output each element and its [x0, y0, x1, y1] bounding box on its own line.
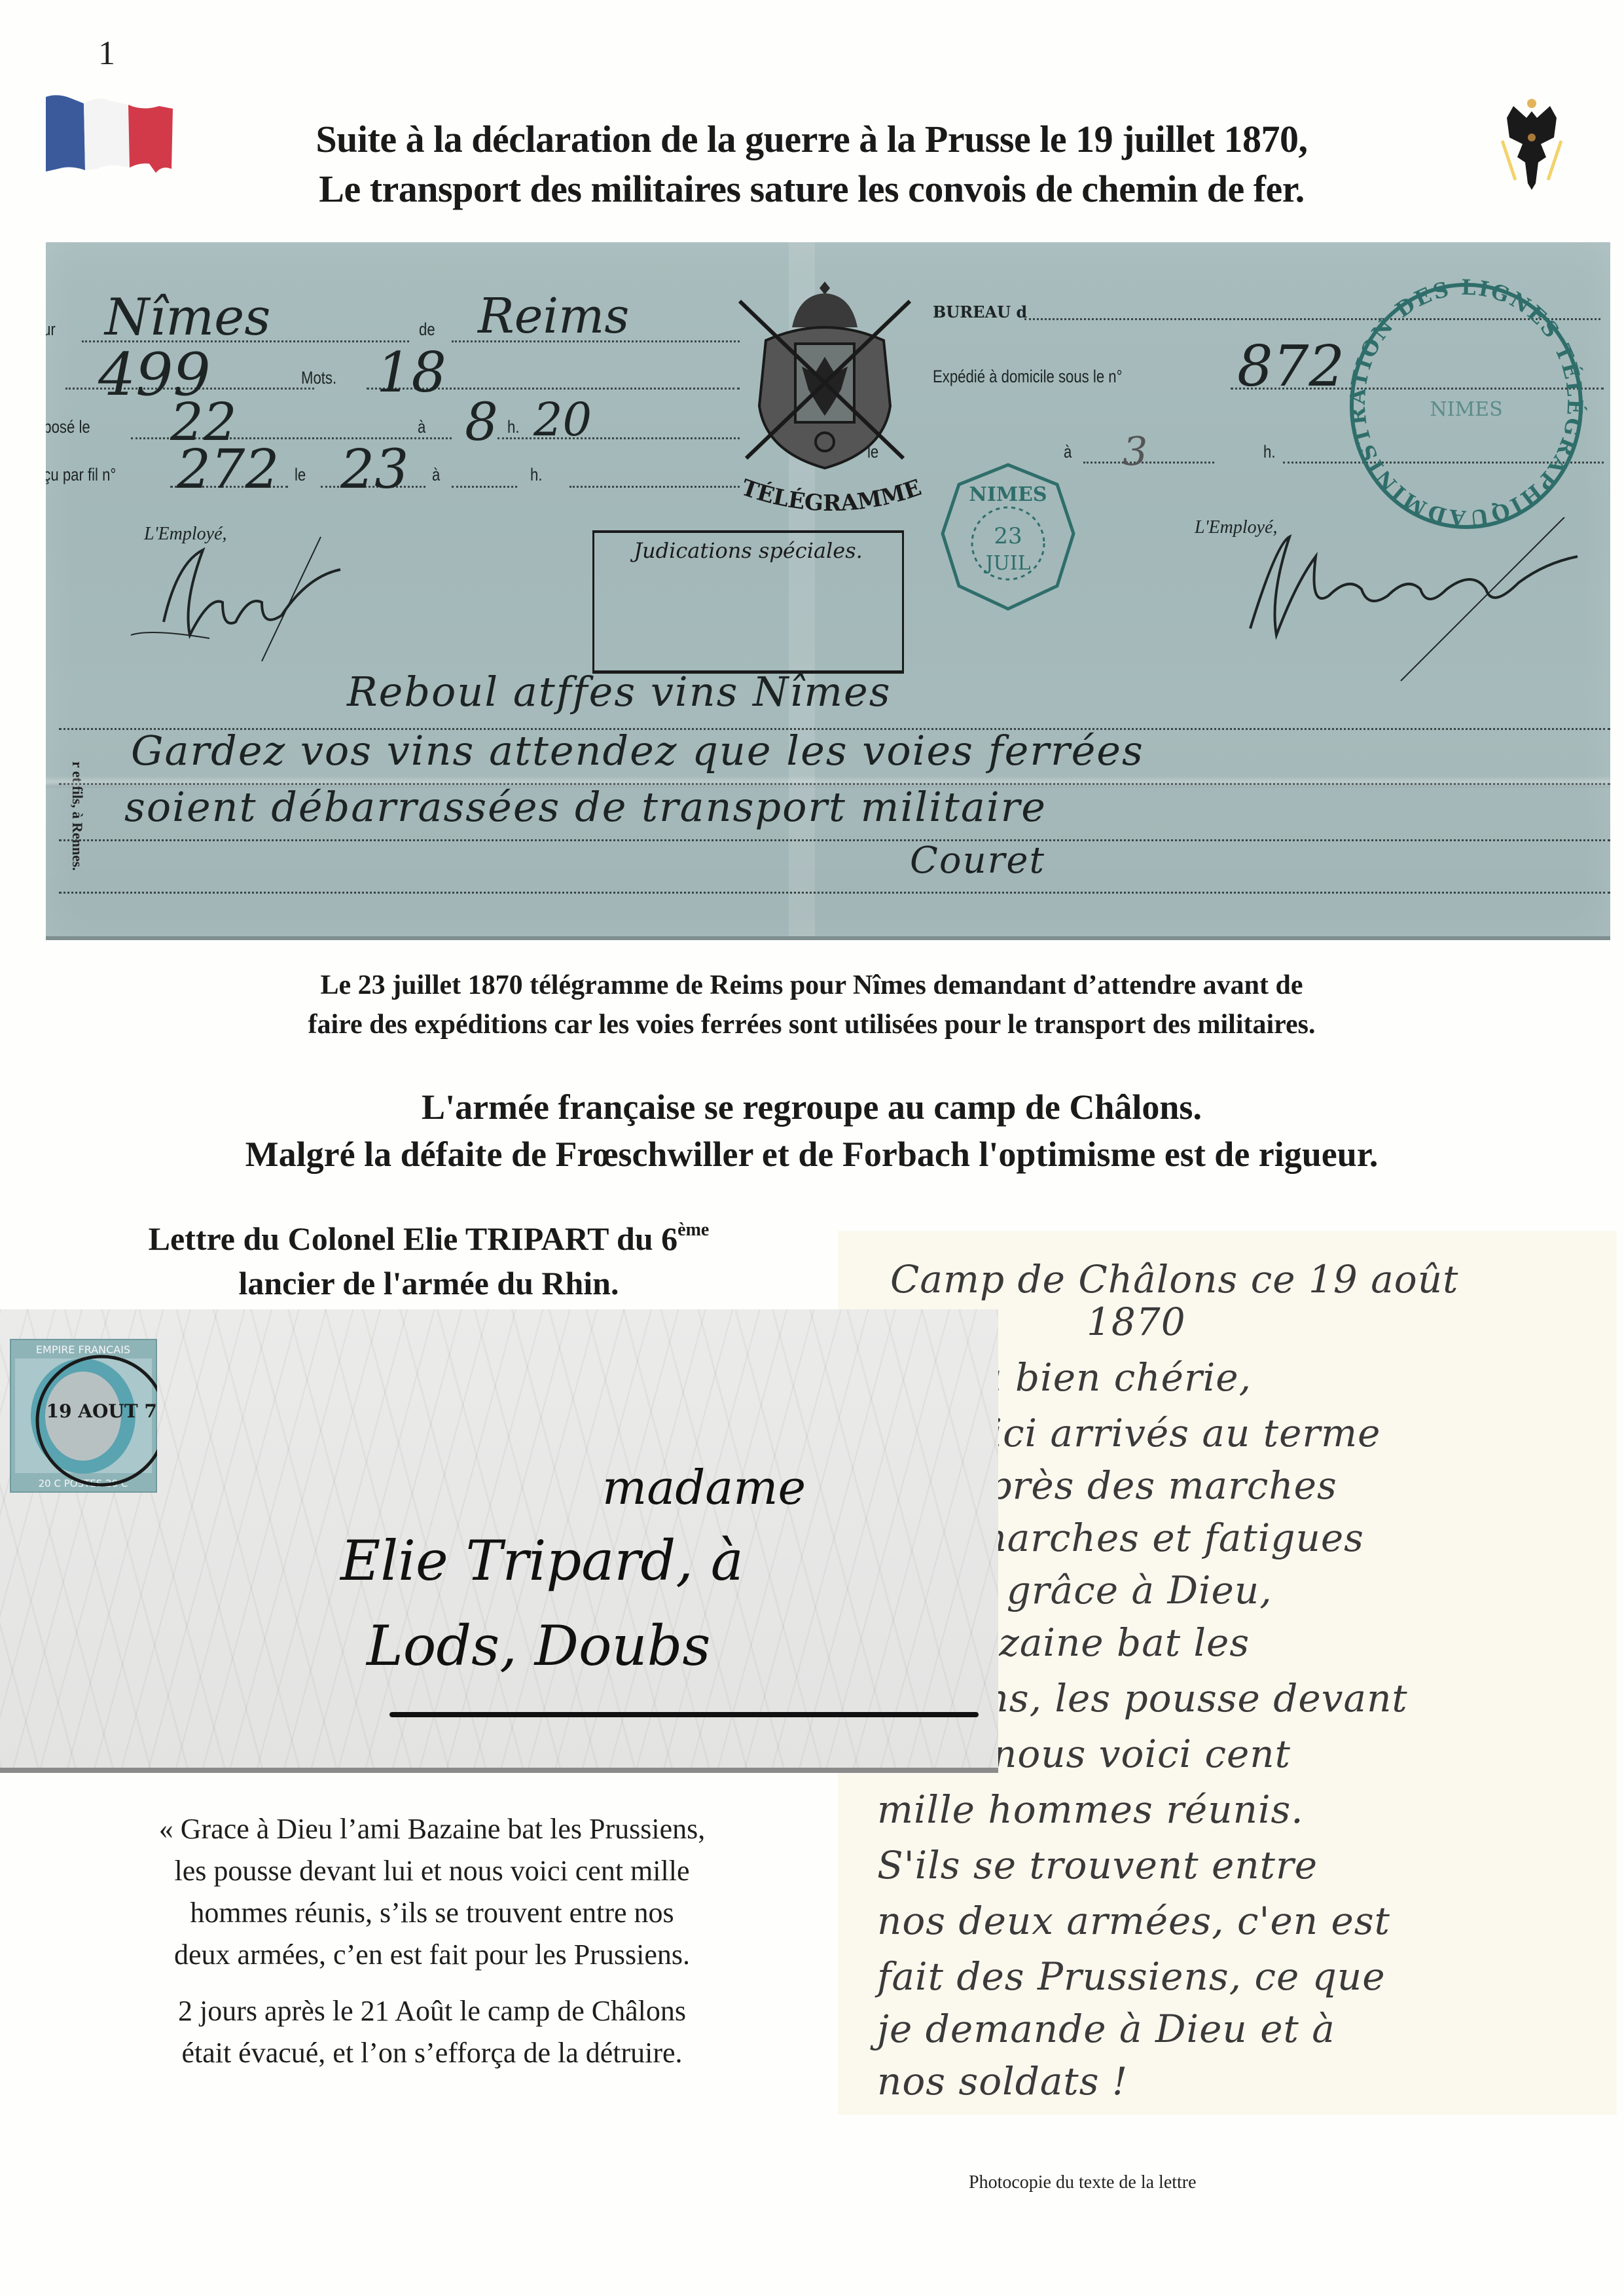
label-expedie: Expédié à domicile sous le n°	[933, 367, 1122, 387]
message-line-3: soient débarrassées de transport militai…	[124, 783, 1047, 831]
svg-text:19 AOUT 70: 19 AOUT 70	[46, 1400, 157, 1422]
label-h-right: h.	[1263, 442, 1275, 462]
page-title-line-2: Le transport des militaires sature les c…	[196, 164, 1427, 214]
telegram-form: r et fils, à Rennes. Pour Nîmes de Reims…	[46, 242, 1610, 936]
page-title: Suite à la déclaration de la guerre à la…	[196, 115, 1427, 214]
svg-text:EMPIRE FRANCAIS: EMPIRE FRANCAIS	[36, 1343, 130, 1356]
letter-title: Lettre du Colonel Elie TRIPART du 6ème l…	[26, 1208, 831, 1305]
quote-line-3: hommes réunis, s’ils se trouvent entre n…	[39, 1892, 825, 1934]
value-mots: 18	[376, 340, 446, 405]
letter-quote: « Grace à Dieu l’ami Bazaine bat les Pru…	[39, 1808, 825, 1976]
address-line-2: Elie Tripard, à	[340, 1529, 744, 1593]
value-de: Reims	[478, 288, 629, 344]
section-heading: L'armée française se regroupe au camp de…	[98, 1084, 1525, 1178]
label-a-right: à	[1064, 442, 1072, 462]
value-a-right: 3	[1123, 429, 1147, 475]
value-recu-fil: 272	[177, 439, 280, 501]
letter-title-line-2: lancier de l'armée du Rhin.	[26, 1261, 831, 1305]
section-heading-line-1: L'armée française se regroupe au camp de…	[98, 1084, 1525, 1131]
address-line-1: madame	[602, 1460, 806, 1515]
letter-line-11: mille hommes réunis.	[877, 1787, 1304, 1832]
letter-line-15: je demande à Dieu et à	[877, 2007, 1335, 2051]
printer-mark: r et fils, à Rennes.	[69, 761, 86, 932]
letter-title-line-1: Lettre du Colonel Elie TRIPART du 6	[149, 1220, 678, 1257]
french-flag-icon	[45, 92, 175, 177]
page-title-line-1: Suite à la déclaration de la guerre à la…	[196, 115, 1427, 164]
letter-line-12: S'ils se trouvent entre	[877, 1843, 1318, 1887]
indications-speciales-box: Judications spéciales.	[592, 530, 904, 674]
letter-line-13: nos deux armées, c'en est	[877, 1899, 1390, 1943]
svg-text:TÉLÉGRAMME: TÉLÉGRAMME	[738, 478, 924, 517]
quote-line-2: les pousse devant lui et nous voici cent…	[39, 1850, 825, 1892]
svg-text:NIMES: NIMES	[969, 483, 1047, 506]
evacuation-line-1: 2 jours après le 21 Août le camp de Châl…	[39, 1990, 825, 2032]
message-rule-3	[59, 839, 1610, 841]
message-line-1: Reboul atffes vins Nîmes	[347, 668, 892, 716]
label-de: de	[419, 319, 435, 340]
camp-evacuation-note: 2 jours après le 21 Août le camp de Châl…	[39, 1990, 825, 2074]
quote-line-4: deux armées, c’en est fait pour les Prus…	[39, 1934, 825, 1976]
address-line-3: Lods, Doubs	[367, 1614, 711, 1678]
letter-line-16: nos soldats !	[877, 2059, 1128, 2104]
label-bureau: BUREAU d	[933, 302, 1027, 321]
message-signature: Couret	[910, 839, 1045, 882]
label-depose-a: à	[418, 417, 425, 437]
prussian-eagle-icon	[1486, 92, 1578, 190]
value-pour: Nîmes	[105, 288, 270, 347]
quote-line-1: « Grace à Dieu l’ami Bazaine bat les Pru…	[39, 1808, 825, 1850]
svg-text:JUIL: JUIL	[983, 552, 1030, 575]
nimes-postmark-stamp: NIMES 23 JUIL	[939, 462, 1077, 612]
value-recu-jour: 23	[340, 439, 408, 501]
section-heading-line-2: Malgré la défaite de Frœschwiller et de …	[98, 1131, 1525, 1178]
employe-right-signature	[1198, 517, 1604, 687]
field-line-depose-heure	[497, 437, 740, 439]
label-recu-h: h.	[530, 465, 542, 485]
field-line-recu-a	[452, 486, 517, 488]
value-depose-heure: 8	[465, 392, 498, 452]
telegram-caption-line-2: faire des expéditions car les voies ferr…	[131, 1005, 1492, 1044]
page-number: 1	[98, 34, 115, 73]
imperial-crest-icon	[727, 275, 923, 478]
letter-line-14: fait des Prussiens, ce que	[877, 1954, 1386, 1999]
label-mots: Mots.	[301, 368, 336, 388]
label-recu: Reçu par fil n°	[46, 465, 116, 485]
telegram-caption: Le 23 juillet 1870 télégramme de Reims p…	[131, 966, 1492, 1044]
telegramme-heading: TÉLÉGRAMME	[727, 478, 936, 537]
label-depose-h: h.	[507, 417, 519, 437]
label-pour: Pour	[46, 319, 56, 340]
label-depose: Déposé le	[46, 417, 90, 437]
field-line-a-right	[1083, 462, 1214, 464]
field-line-recu-h	[569, 486, 740, 488]
svg-text:23: 23	[994, 523, 1022, 549]
letter-title-superscript: ème	[677, 1220, 709, 1240]
envelope: EMPIRE FRANCAIS 20 C POSTES 20 C 19 AOUT…	[0, 1309, 998, 1768]
label-recu-a: à	[432, 465, 440, 485]
indications-speciales-label: Judications spéciales.	[594, 538, 902, 563]
telegram-caption-line-1: Le 23 juillet 1870 télégramme de Reims p…	[131, 966, 1492, 1005]
svg-text:NIMES: NIMES	[1430, 398, 1502, 421]
administration-telegraph-stamp: ADMINISTRATION DES LIGNES TÉLÉGRAPHIQUES…	[1342, 278, 1591, 534]
message-line-2: Gardez vos vins attendez que les voies f…	[131, 727, 1144, 774]
employe-left-signature	[124, 524, 399, 668]
address-underline	[389, 1712, 979, 1717]
postage-stamp-napoleon-20c: EMPIRE FRANCAIS 20 C POSTES 20 C 19 AOUT…	[10, 1339, 157, 1493]
value-expedie-numero: 872	[1237, 334, 1344, 399]
label-le-right: le	[867, 442, 878, 462]
message-rule-4	[59, 892, 1610, 894]
label-recu-le: le	[295, 465, 306, 485]
message-rule-2	[59, 783, 1610, 785]
letter-line-1: Camp de Châlons ce 19 août	[890, 1257, 1458, 1302]
photocopy-caption: Photocopie du texte de la lettre	[969, 2172, 1362, 2193]
evacuation-line-2: était évacué, et l’on s’efforça de la dé…	[39, 2032, 825, 2074]
letter-line-2: 1870	[1087, 1300, 1186, 1344]
